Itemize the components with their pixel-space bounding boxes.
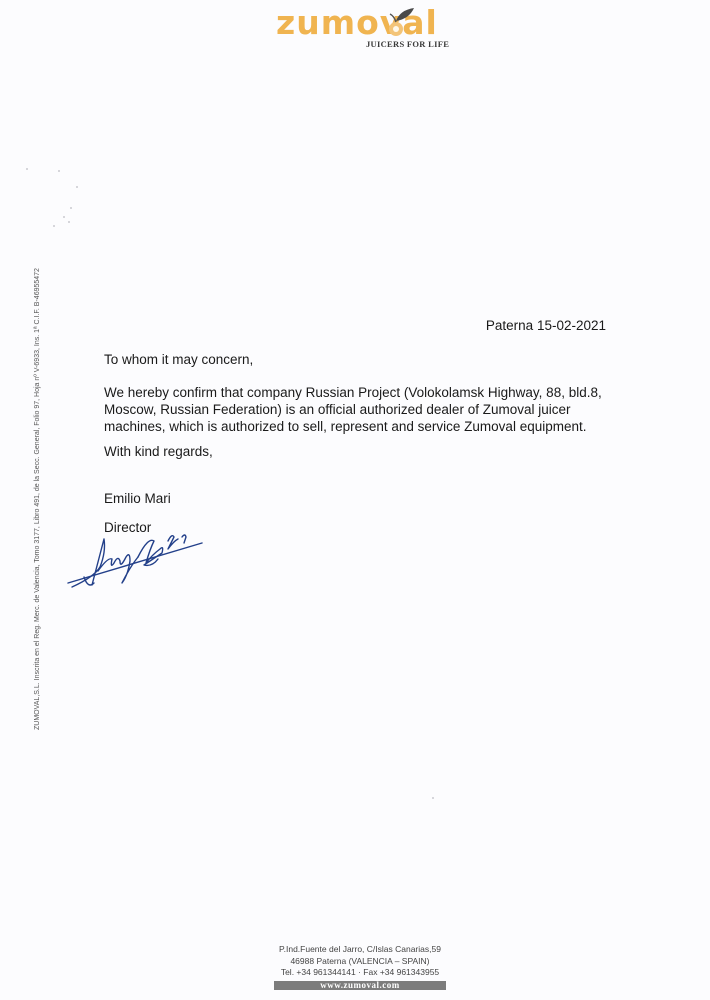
scan-speck: [432, 797, 434, 799]
letter-footer: P.Ind.Fuente del Jarro, C/Islas Canarias…: [270, 944, 450, 990]
letter-page: zumoval JUICERS FOR LIFE ZUMOVAL,S.L. In…: [0, 0, 710, 1000]
signer-name: Emilio Mari: [104, 490, 171, 507]
orange-leaf-icon: [384, 4, 418, 38]
footer-contact: Tel. +34 961344141 · Fax +34 961343955: [270, 967, 450, 979]
footer-website: www.zumoval.com: [274, 981, 446, 990]
letter-body: We hereby confirm that company Russian P…: [104, 384, 624, 435]
scan-speck: [68, 221, 70, 223]
zumoval-logo: zumoval JUICERS FOR LIFE: [272, 0, 452, 55]
scan-speck: [70, 207, 72, 209]
scan-speck: [53, 225, 55, 227]
company-registration-text: ZUMOVAL,S.L. Inscrita en el Reg. Merc. d…: [34, 230, 41, 730]
letter-date: Paterna 15-02-2021: [486, 318, 606, 333]
handwritten-signature: [64, 527, 209, 597]
scan-speck: [58, 170, 60, 172]
scan-speck: [63, 216, 65, 218]
salutation: To whom it may concern,: [104, 351, 253, 368]
scan-speck: [26, 168, 28, 170]
footer-address-line1: P.Ind.Fuente del Jarro, C/Islas Canarias…: [270, 944, 450, 956]
closing: With kind regards,: [104, 443, 213, 460]
footer-address-line2: 46988 Paterna (VALENCIA – SPAIN): [270, 956, 450, 968]
logo-tagline: JUICERS FOR LIFE: [366, 39, 449, 49]
scan-speck: [76, 186, 78, 188]
